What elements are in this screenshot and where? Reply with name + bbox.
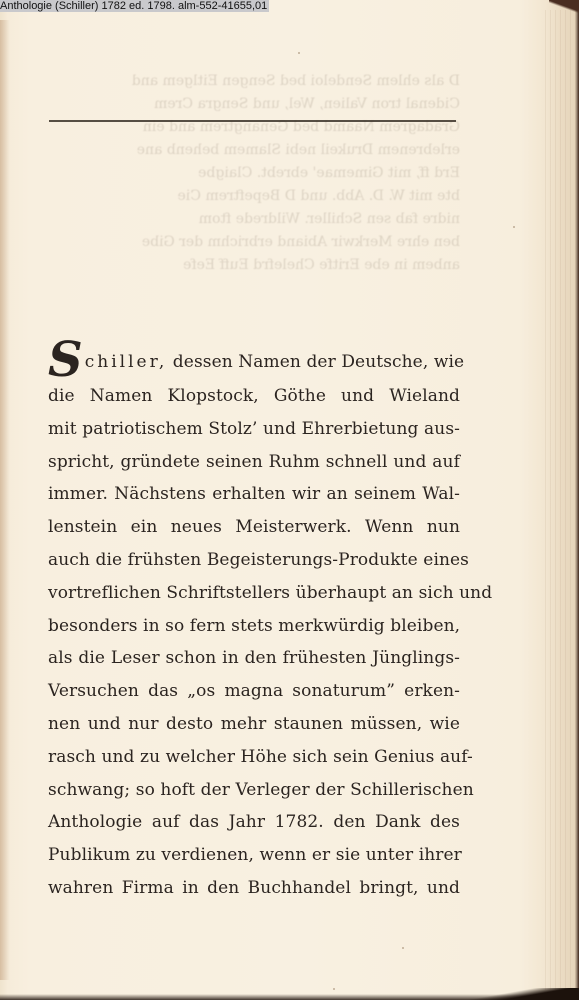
text-line: Anthologie auf das Jahr 1782. den Dank d…	[48, 806, 460, 839]
paper-speck	[298, 52, 300, 54]
text-line: immer. Nächstens erhalten wir an seinem …	[48, 478, 460, 511]
page-corner-shadow	[549, 0, 579, 14]
text-line: auch die frühsten Begeisterungs-Produkte…	[48, 544, 460, 577]
text-line: besonders in so fern stets merkwürdig bl…	[48, 610, 460, 643]
drop-cap-initial: S	[48, 340, 83, 380]
text-line: Versuchen das „os magna sonaturum” erken…	[48, 675, 460, 708]
page-edge-stain	[0, 20, 10, 980]
page-bottom-shadow	[459, 988, 579, 1000]
paper-speck	[333, 988, 335, 990]
body-paragraph: S chiller, dessen Namen der Deutsche, wi…	[48, 340, 460, 905]
paper-speck	[513, 226, 515, 228]
paper-speck	[402, 947, 404, 949]
text-line: chiller, dessen Namen der Deutsche, wie	[48, 340, 460, 373]
image-caption-label: Anthologie (Schiller) 1782 ed. 1798. alm…	[0, 0, 269, 12]
bleed-through-text: D als ehlem Sendeloi bed Sengen Eitlgem …	[48, 70, 460, 277]
page-fore-edge	[545, 10, 577, 990]
text-line: Publikum zu verdienen, wenn er sie unter…	[48, 839, 460, 872]
text-line: nen und nur desto mehr staunen müssen, w…	[48, 708, 460, 741]
text-line: schwang; so hoft der Verleger der Schill…	[48, 774, 460, 807]
book-page: D als ehlem Sendeloi bed Sengen Eitlgem …	[0, 0, 579, 1000]
text-line: vortreflichen Schriftstellers überhaupt …	[48, 577, 460, 610]
text-line: rasch und zu welcher Höhe sich sein Geni…	[48, 741, 460, 774]
text-line: spricht, gründete seinen Ruhm schnell un…	[48, 446, 460, 479]
text-line: mit patriotischem Stolz’ und Ehrerbietun…	[48, 413, 460, 446]
text-line: die Namen Klopstock, Göthe und Wieland	[48, 380, 460, 413]
text-line: als die Leser schon in den frühesten Jün…	[48, 642, 460, 675]
text-line: wahren Firma in den Buchhandel bringt, u…	[48, 872, 460, 905]
text-line: lenstein ein neues Meisterwerk. Wenn nun	[48, 511, 460, 544]
header-rule	[49, 120, 456, 122]
